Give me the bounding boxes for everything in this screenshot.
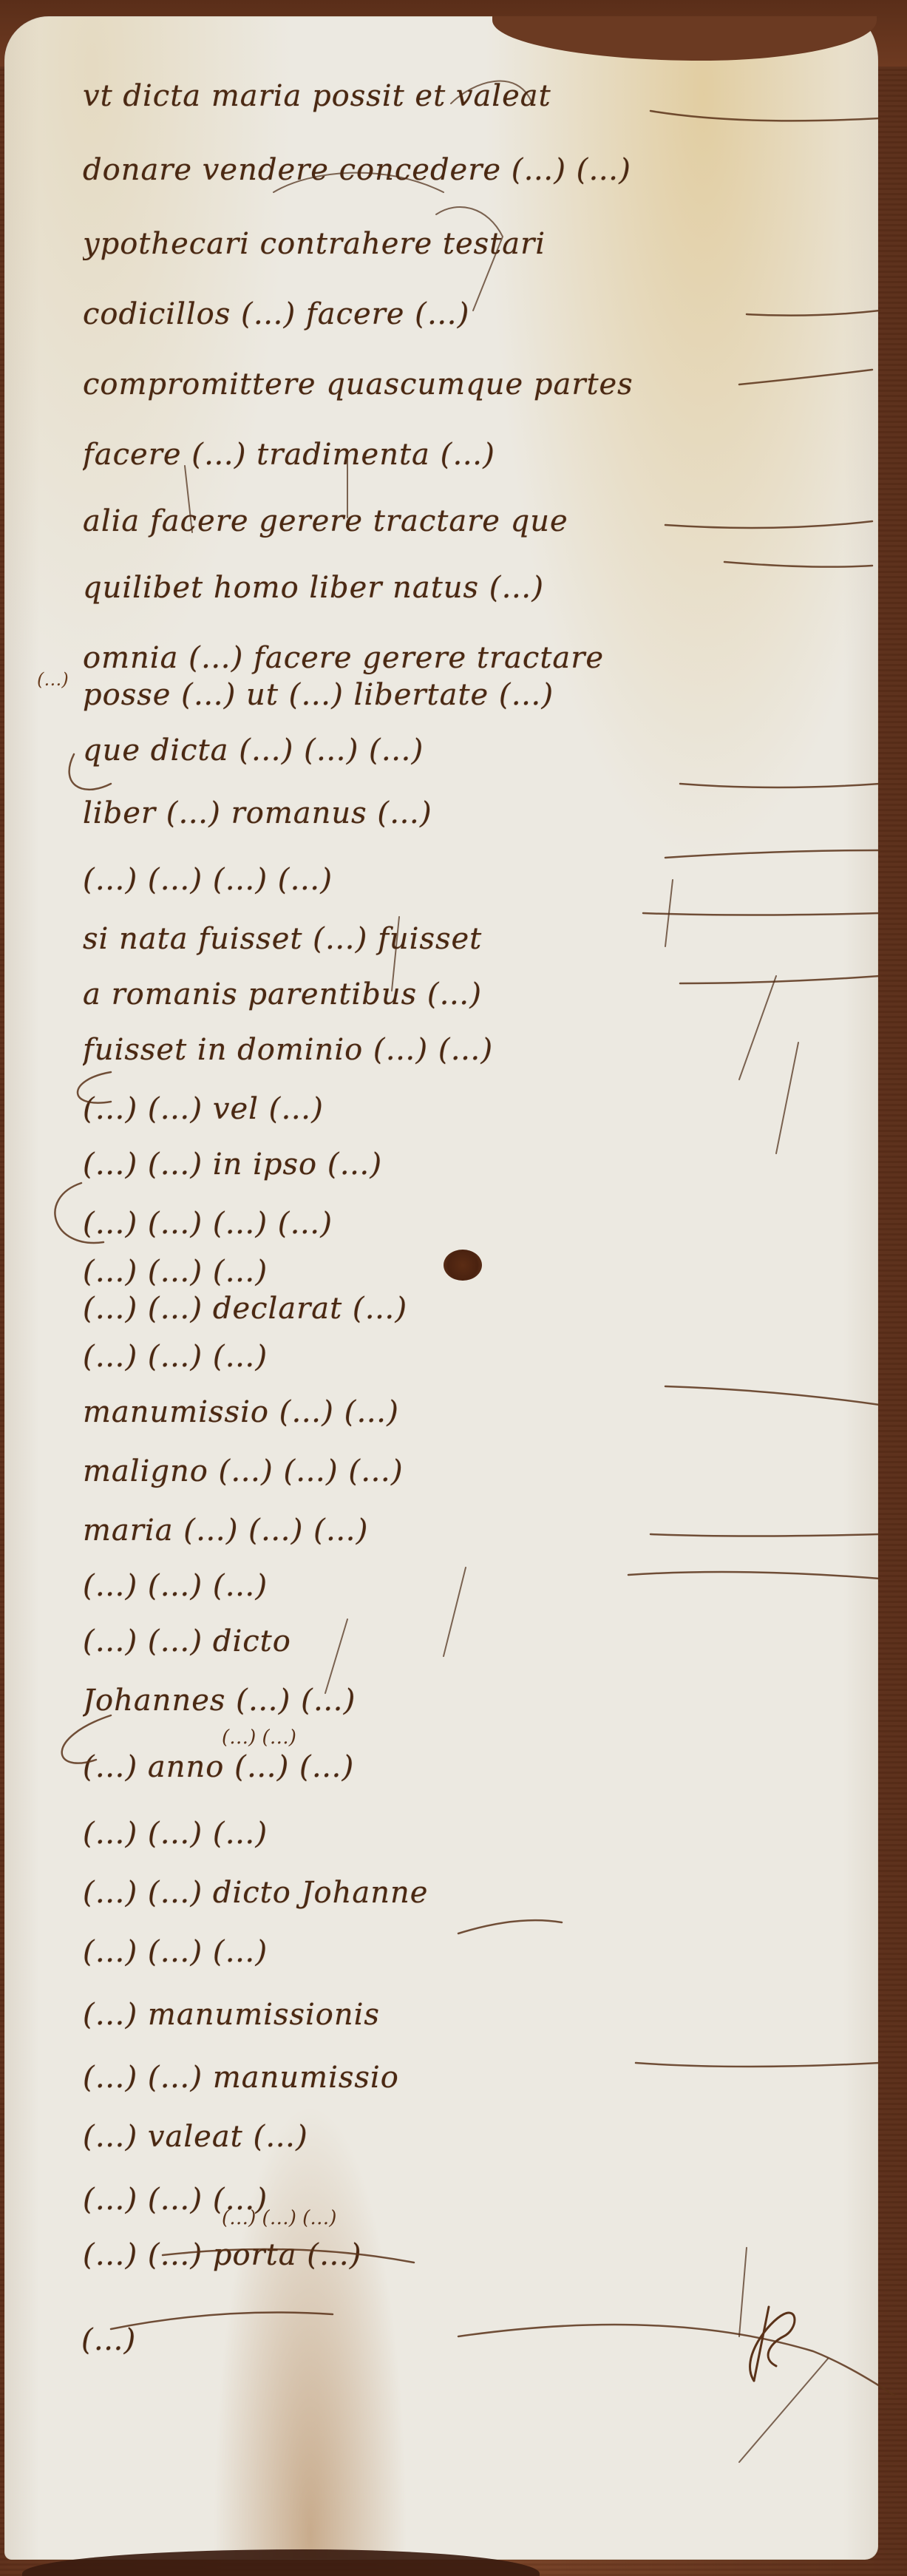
interlinear-note: (…) (…) (…) <box>222 2207 336 2229</box>
manuscript-line: facere (…) tradimenta (…) <box>83 433 866 477</box>
manuscript-line: a romanis parentibus (…) <box>83 972 866 1017</box>
manuscript-line: quilibet homo liber natus (…) <box>83 566 866 610</box>
manuscript-line: (…) (…) porta (…) <box>83 2233 866 2277</box>
manuscript-line: (…) (…) dicto Johanne <box>83 1871 866 1915</box>
manuscript-line: vt dicta maria possit et valeat <box>83 74 866 118</box>
manuscript-line: (…) manumissionis <box>83 1993 866 2037</box>
manuscript-line: posse (…) ut (…) libertate (…) <box>83 673 866 717</box>
manuscript-line: liber (…) romanus (…) <box>83 791 866 835</box>
manuscript-line: alia facere gerere tractare que <box>83 499 866 543</box>
manuscript-line: (…) valeat (…) <box>83 2115 866 2159</box>
manuscript-line: que dicta (…) (…) (…) <box>83 728 866 773</box>
manuscript-line: (…) (…) (…) (…) <box>83 1201 866 1246</box>
manuscript-line: (…) (…) (…) <box>83 1811 866 1856</box>
manuscript-line: Johannes (…) (…) <box>83 1678 866 1723</box>
interlinear-note: (…) (…) <box>222 1726 296 1749</box>
ink-blot <box>444 1250 482 1281</box>
manuscript-line: (…) (…) (…) <box>83 1930 866 1974</box>
manuscript-line: (…) (…) (…) <box>83 2177 866 2222</box>
manuscript-line: (…) anno (…) (…) <box>83 1745 866 1789</box>
manuscript-line: (…) (…) vel (…) <box>83 1087 866 1131</box>
manuscript-line: (…) (…) in ipso (…) <box>83 1142 866 1187</box>
manuscript-line: (…) (…) manumissio <box>83 2055 866 2100</box>
margin-note: (…) <box>37 669 69 690</box>
manuscript-line: codicillos (…) facere (…) <box>83 292 866 336</box>
notarial-signature-mark <box>710 2299 813 2396</box>
manuscript-line: (…) (…) (…) <box>83 1564 866 1608</box>
manuscript-line: (…) (…) dicto <box>83 1619 866 1664</box>
manuscript-line: ypothecari contrahere testari <box>83 222 866 266</box>
manuscript-line: donare vendere concedere (…) (…) <box>83 148 866 192</box>
manuscript-line: manumissio (…) (…) <box>83 1390 866 1434</box>
manuscript-line: fuisset in dominio (…) (…) <box>83 1028 866 1072</box>
manuscript-line: si nata fuisset (…) fuisset <box>83 917 866 961</box>
manuscript-line: maria (…) (…) (…) <box>83 1508 866 1553</box>
manuscript-line: (…) (…) (…) <box>83 1335 866 1379</box>
manuscript-line: (…) (…) (…) (…) <box>83 858 866 902</box>
manuscript-line: maligno (…) (…) (…) <box>83 1449 866 1494</box>
paper-tear-top <box>492 16 877 61</box>
manuscript-line: (…) (…) declarat (…) <box>83 1287 866 1331</box>
manuscript-line: compromittere quascumque partes <box>83 362 866 407</box>
signature-flourish-icon <box>710 2299 813 2388</box>
